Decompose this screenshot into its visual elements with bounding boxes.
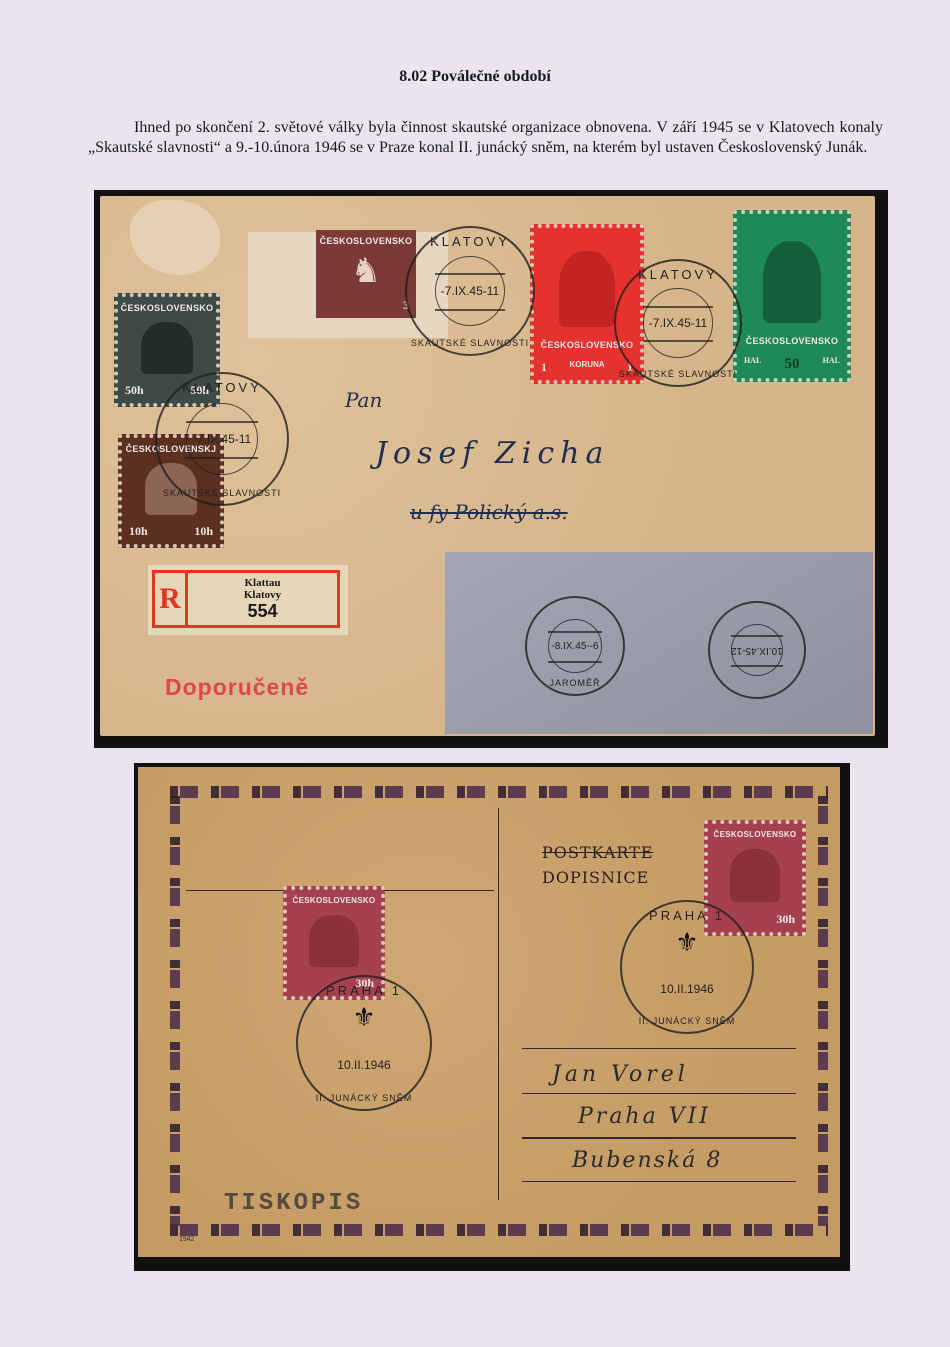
stamp-3k: ČESKOSLOVENSKO ♞ 3 — [316, 230, 416, 318]
print-year: 1942 — [179, 1236, 195, 1243]
ornamental-border-bottom — [170, 1224, 828, 1236]
stamp-country: ČESKOSLOVENSKO — [714, 827, 797, 839]
back-flap-image — [445, 552, 873, 734]
recipient-street: Bubenská 8 — [572, 1148, 722, 1173]
page-title: 8.02 Poválečné období — [0, 68, 950, 86]
postmark-klatovy-3: KLATOVY -7.IX.45-11 SKAUTSKÉ SLAVNOSTI — [155, 372, 289, 506]
divider-vertical — [498, 808, 499, 1200]
portrait-icon — [309, 915, 358, 967]
address-line-1 — [522, 1048, 796, 1049]
postmark-praha-right: PRAHA 1 ⚜ 10.II.1946 II. JUNÁCKÝ SNĚM — [620, 900, 754, 1034]
portrait-icon — [559, 251, 615, 327]
dopisnice-heading: DOPISNICE — [542, 868, 649, 887]
registration-line1: Klattau — [244, 577, 280, 589]
postmark-praha-left: PRAHA 1 ⚜ 10.II.1946 II. JUNÁCKÝ SNĚM — [296, 975, 432, 1111]
registration-letter: R — [155, 573, 188, 625]
ornamental-border-top — [170, 786, 828, 798]
scout-fleur-de-lis-icon: ⚜ — [675, 930, 698, 956]
stamp-value: 3 — [319, 298, 413, 315]
stamp-value: HAL50HAL — [740, 356, 844, 375]
stamp-value: 10h10h — [125, 524, 217, 541]
address-name: Josef Zicha — [375, 436, 609, 471]
postmark-klatovy-1: KLATOVY -7.IX.45-11 SKAUTSKÉ SLAVNOSTI — [405, 226, 535, 356]
address-company: u fy Polický a.s. — [410, 500, 568, 524]
ornamental-border-left — [170, 796, 180, 1226]
address-line-3 — [522, 1137, 796, 1139]
registration-line2: Klatovy — [244, 589, 281, 601]
portrait-icon — [763, 241, 821, 323]
stamp-country: ČESKOSLOVENSKO — [293, 893, 376, 905]
doporucene-cachet: Doporučeně — [165, 674, 309, 701]
intro-paragraph: Ihned po skončení 2. světové války byla … — [88, 118, 883, 158]
intro-text: Ihned po skončení 2. světové války byla … — [88, 118, 883, 158]
stamp-country: ČESKOSLOVENSKO — [746, 333, 839, 346]
postmark-arrival: 10.IX.45-12 — [708, 601, 806, 699]
recipient-city: Praha VII — [578, 1104, 711, 1129]
tiskopis-cachet: TISKOPIS — [224, 1190, 363, 1217]
scout-fleur-de-lis-icon: ⚜ — [352, 1005, 375, 1031]
stamp-50-hal: ČESKOSLOVENSKO HAL50HAL — [733, 210, 851, 382]
registration-box: R Klattau Klatovy 554 — [152, 570, 340, 628]
portrait-icon — [730, 849, 779, 902]
postkarte-heading: POSTKARTE — [542, 843, 654, 862]
stamp-country: ČESKOSLOVENSKO — [121, 300, 214, 313]
recipient-name: Jan Vorel — [552, 1062, 689, 1087]
lion-icon: ♞ — [351, 255, 381, 289]
postmark-klatovy-2: KLATOVY -7.IX.45-11 SKAUTSKÉ SLAVNOSTI — [614, 259, 742, 387]
stamp-country: ČESKOSLOVENSKO — [320, 233, 413, 246]
portrait-icon — [141, 322, 193, 374]
ornamental-border-right — [818, 796, 828, 1226]
address-line-2 — [522, 1093, 796, 1094]
registration-number: 554 — [247, 601, 277, 621]
postmark-jaromer: -8.IX.45--6 JAROMĚŘ — [525, 596, 625, 696]
address-salutation: Pan — [345, 388, 382, 412]
address-line-4 — [522, 1181, 796, 1182]
